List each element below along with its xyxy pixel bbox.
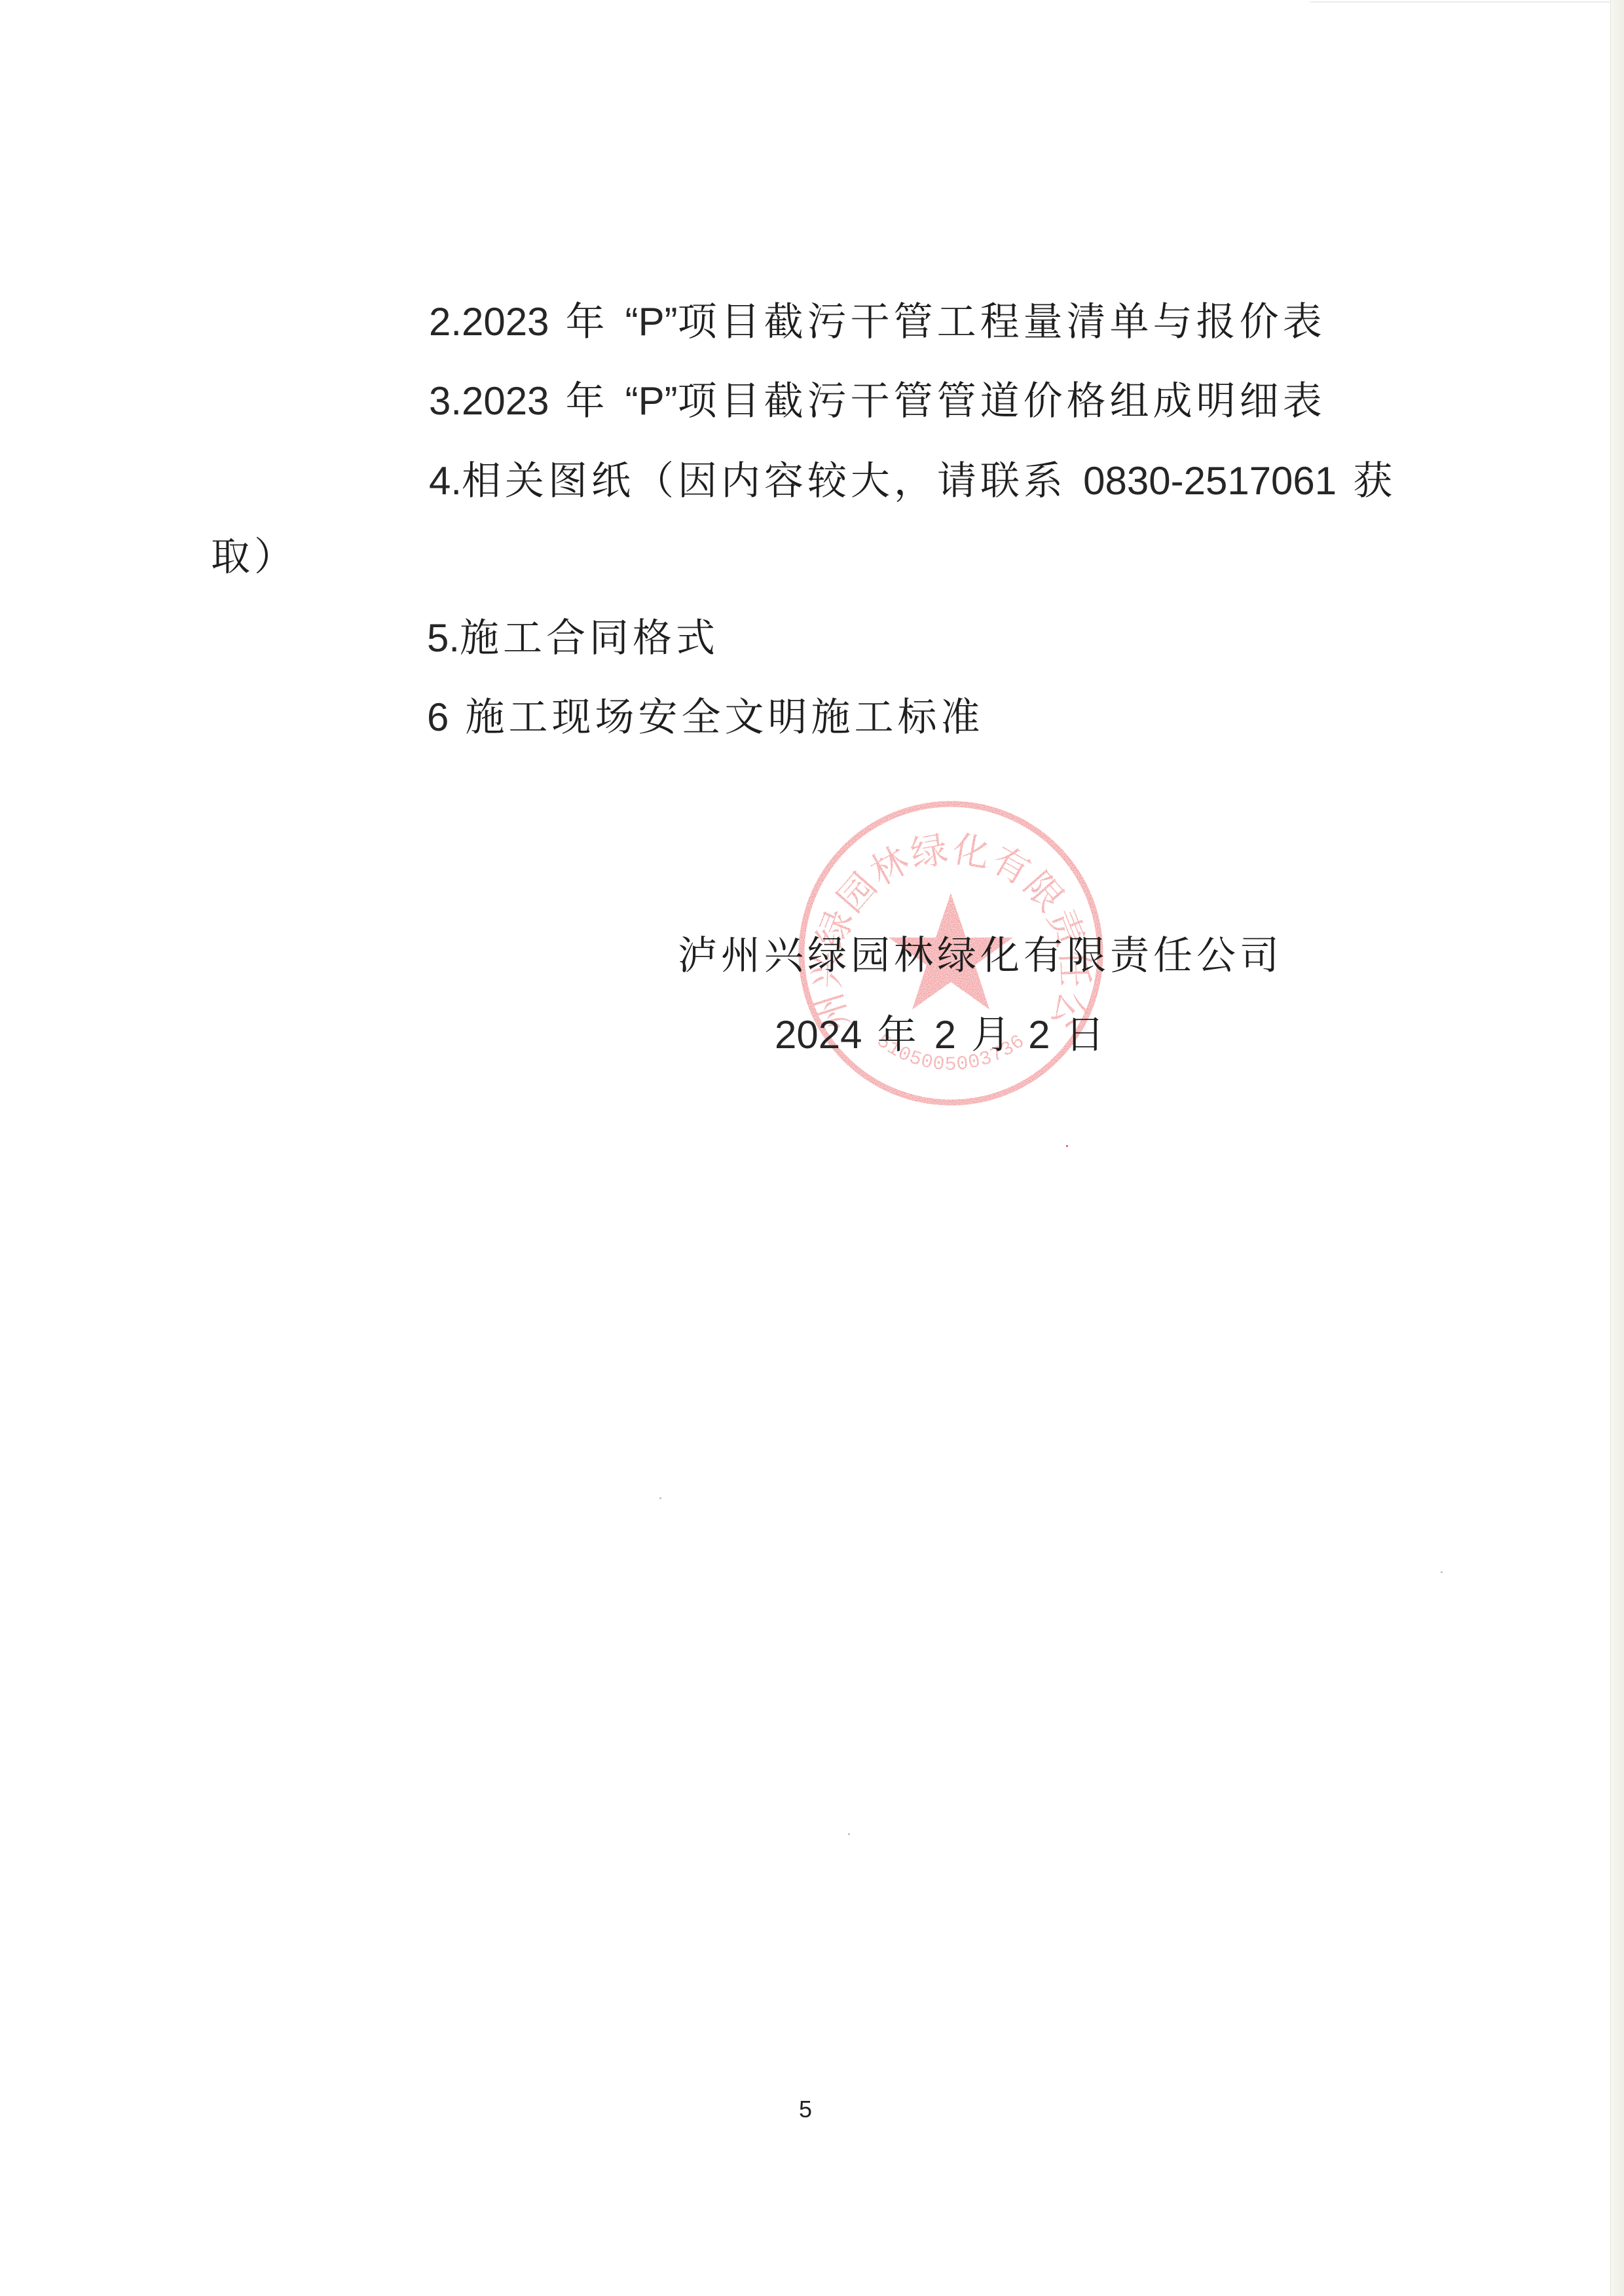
attachment-item-4: 4.相关图纸（因内容较大，请联系 0830-2517061 获 [429,458,1396,504]
year-unit: 年 [566,299,609,345]
project-code: “P” [625,379,678,423]
document-body: 2.2023 年 “P”项目截污干管工程量清单与报价表 3.2023 年 “P”… [0,0,1624,2296]
contact-phone: 0830-2517061 [1083,459,1337,503]
item-title: 项目截污干管管道价格组成明细表 [678,378,1326,424]
company-name: 泸州兴绿园林绿化有限责任公司 [678,933,1283,979]
signature-date: 2024 年 2 月 2 日 [775,1012,1107,1058]
item-number: 2.2023 [429,300,549,344]
date-year-unit: 年 [877,1012,919,1058]
signature-company: 泸州兴绿园林绿化有限责任公司 [678,933,1283,979]
item-title-tail: 获 [1353,458,1396,504]
attachment-item-6: 6 施工现场安全文明施工标准 [427,695,984,740]
item-title: 项目截污干管工程量清单与报价表 [678,299,1326,345]
item-number: 5. [427,616,460,660]
project-code: “P” [625,300,678,344]
item-title: 相关图纸（因内容较大，请联系 [462,458,1067,504]
date-day-unit: 日 [1065,1012,1107,1058]
item-title: 施工现场安全文明施工标准 [465,695,984,740]
item-title: 施工合同格式 [460,615,719,661]
date-year: 2024 [775,1013,862,1057]
attachment-item-4-continuation: 取） [211,534,297,580]
attachment-item-2: 2.2023 年 “P”项目截污干管工程量清单与报价表 [429,299,1326,345]
item-number: 6 [427,695,449,739]
scan-speck [659,1497,661,1499]
scan-speck [1441,1571,1443,1573]
date-day: 2 [1028,1013,1050,1057]
item-number: 3.2023 [429,379,549,423]
document-page: 泸州兴绿园林绿化有限责任公司 5105005003736 2.2023 年 “P… [0,0,1624,2296]
scan-speck [848,1833,850,1835]
attachment-item-5: 5.施工合同格式 [427,615,719,661]
date-month-unit: 月 [971,1012,1013,1058]
attachment-item-3: 3.2023 年 “P”项目截污干管管道价格组成明细表 [429,378,1326,424]
page-number: 5 [799,2095,812,2124]
item-title-continuation: 取） [211,534,297,580]
year-unit: 年 [566,378,609,424]
scan-speck [1066,1145,1068,1147]
date-month: 2 [934,1013,956,1057]
item-number: 4. [429,459,462,503]
